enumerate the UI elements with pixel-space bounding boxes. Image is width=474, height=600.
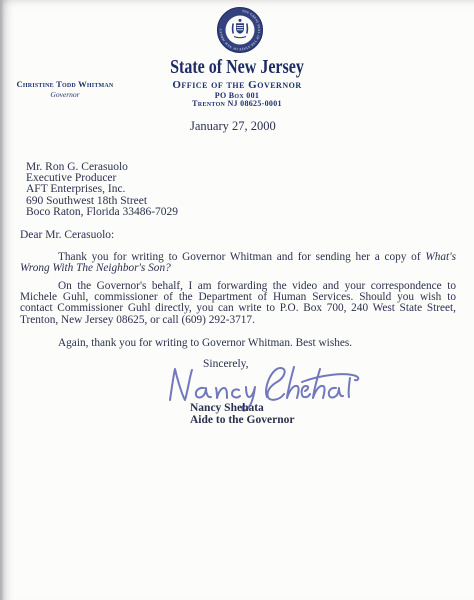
salutation: Dear Mr. Cerasuolo: [20, 229, 114, 241]
p3-line: Again, thank you for writing to Governor… [20, 338, 456, 349]
nj-state-seal-icon: THE GREAT SEAL OF THE STATE OF NEW JERSE… [217, 7, 263, 53]
governor-name: Christine Todd Whitman [5, 79, 125, 89]
p1-line2-title-italic: Wrong With The Neighbor's Son? [20, 263, 456, 274]
body-paragraph-3: Again, thank you for writing to Governor… [20, 338, 456, 349]
date-line: January 27, 2000 [190, 119, 276, 134]
p1-line1-title-italic: What's [425, 252, 456, 263]
body-paragraph-1: Thank you for writing to Governor Whitma… [20, 252, 456, 274]
p2-line: Michele Guhl, commissioner of the Depart… [20, 292, 456, 303]
city-zip-line: Trenton NJ 08625-0001 [0, 99, 474, 108]
governor-title: Governor [5, 90, 125, 99]
governor-name-block: Christine Todd Whitman Governor [5, 79, 125, 99]
state-name: State of New Jersey [47, 56, 426, 79]
recipient-line: Boco Raton, Florida 33486-7029 [26, 207, 178, 218]
letter-page: THE GREAT SEAL OF THE STATE OF NEW JERSE… [0, 0, 474, 600]
signed-name: Nancy Shehata [190, 402, 264, 414]
p2-line: On the Governor's behalf, I am forwardin… [20, 281, 456, 292]
recipient-address: Mr. Ron G. Cerasuolo Executive Producer … [26, 162, 178, 218]
p2-line: contact Commissioner Guhl directly, you … [20, 303, 456, 314]
p2-line: Trenton, New Jersey 08625, or call (609)… [20, 315, 456, 326]
signer-title: Aide to the Governor [190, 414, 294, 426]
body-paragraph-2: On the Governor's behalf, I am forwardin… [20, 281, 456, 326]
recipient-line: AFT Enterprises, Inc. [26, 184, 178, 195]
